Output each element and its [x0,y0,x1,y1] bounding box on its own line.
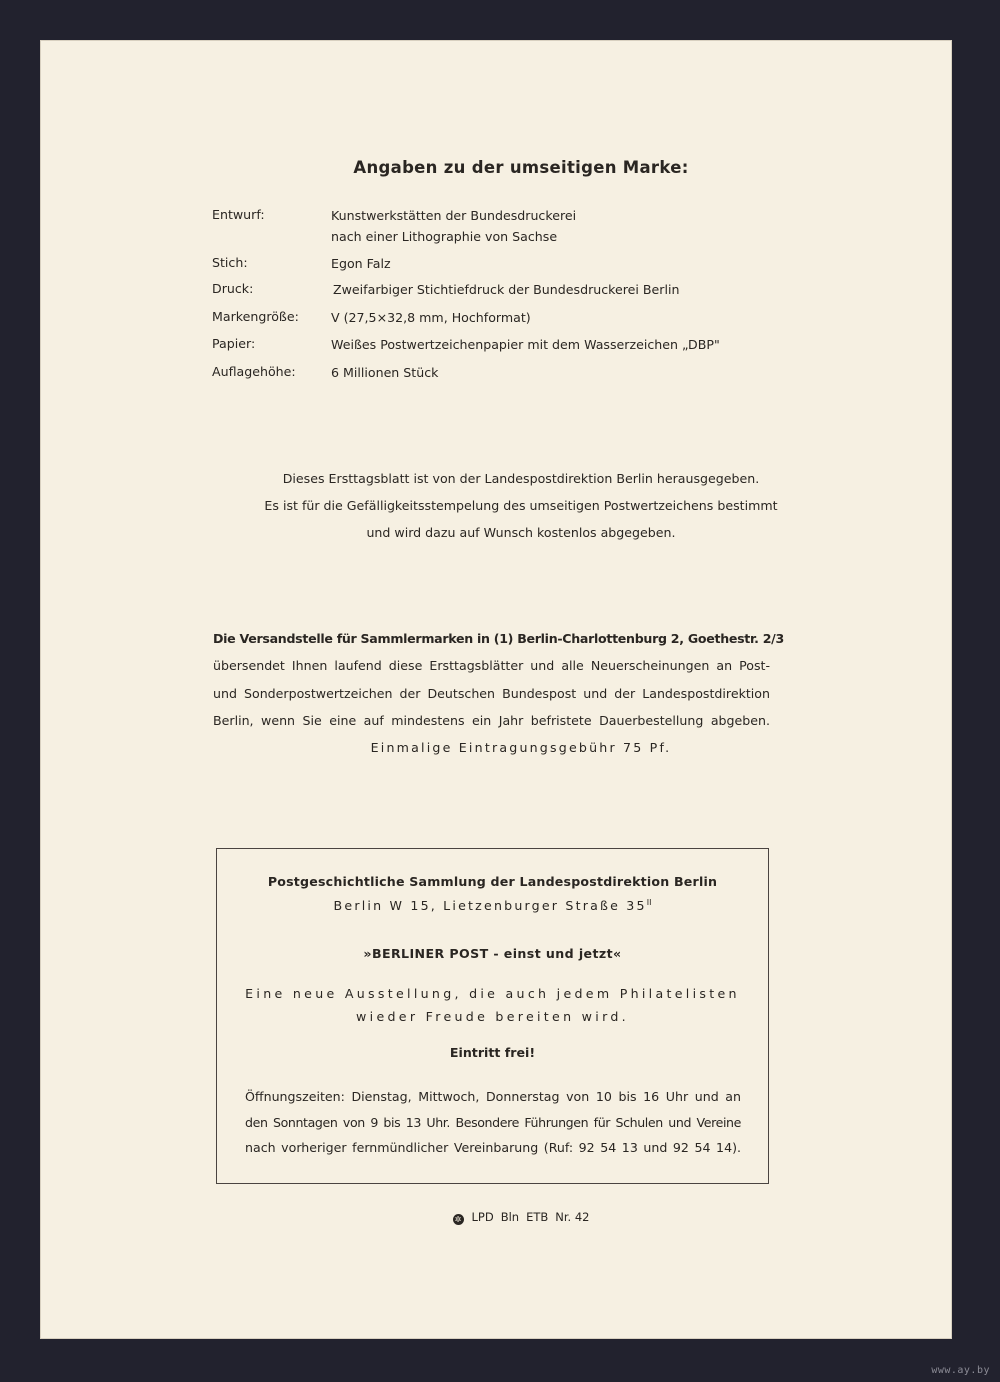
spec-value: V (27,5×32,8 mm, Hochformat) [331,307,531,328]
exhibition-box: Postgeschichtliche Sammlung der Landespo… [216,848,769,1184]
notice-line: Es ist für die Gefälligkeitsstempelung d… [41,498,951,513]
exhibition-org: Postgeschichtliche Sammlung der Landespo… [217,874,768,889]
spec-label: Stich: [212,253,330,273]
subscription-fee: Einmalige Eintragungsgebühr 75 Pf. [41,740,951,755]
notice-line: Dieses Ersttagsblatt ist von der Landesp… [41,471,951,486]
subscription-line: übersendet Ihnen laufend diese Ersttagsb… [213,658,770,673]
notice-line: und wird dazu auf Wunsch kostenlos abgeg… [41,525,951,540]
spec-label: Entwurf: [212,205,330,225]
exhibition-address-text: Berlin W 15, Lietzenburger Straße 35 [334,898,647,913]
exhibition-address: Berlin W 15, Lietzenburger Straße 35II [217,898,768,913]
spec-value: 6 Millionen Stück [331,362,438,383]
footer-word: Nr. 42 [555,1210,589,1224]
exhibition-address-floor: II [647,898,652,907]
spec-value: Egon Falz [331,253,391,274]
spec-value: Kunstwerkstätten der Bundesdruckerei nac… [331,205,576,247]
document-sheet: Angaben zu der umseitigen Marke: Entwurf… [41,41,951,1338]
exhibition-headline: »BERLINER POST - einst und jetzt« [217,946,768,961]
spec-value-line: Zweifarbiger Stichtiefdruck der Bundesdr… [333,279,679,300]
exhibition-tagline: wieder Freude bereiten wird. [217,1009,768,1024]
spec-value-line: Weißes Postwertzeichenpapier mit dem Was… [331,334,720,355]
exhibition-admission: Eintritt frei! [217,1045,768,1060]
subscription-lead: Die Versandstelle für Sammlermarken in (… [213,631,770,646]
footer-word: ETB [526,1210,548,1224]
spec-value-line: Kunstwerkstätten der Bundesdruckerei [331,205,576,226]
site-watermark: www.ay.by [931,1365,990,1376]
spec-label: Druck: [212,279,330,299]
exhibition-tagline: Eine neue Ausstellung, die auch jedem Ph… [217,986,768,1001]
footer-word: Bln [501,1210,519,1224]
eagle-emblem-icon: ✲ [453,1214,464,1225]
spec-label: Markengröße: [212,307,330,327]
footer-reference: ✲LPDBlnETBNr. 42 [41,1210,951,1225]
exhibition-hours-line: Öffnungszeiten: Dienstag, Mittwoch, Donn… [245,1089,741,1104]
footer-word: LPD [472,1210,494,1224]
spec-label: Papier: [212,334,330,354]
exhibition-hours-line: nach vorheriger fernmündlicher Vereinbar… [245,1140,741,1155]
subscription-line: und Sonderpostwertzeichen der Deutschen … [213,686,770,701]
spec-value-line: V (27,5×32,8 mm, Hochformat) [331,307,531,328]
page-title: Angaben zu der umseitigen Marke: [41,158,951,177]
spec-value-line: 6 Millionen Stück [331,362,438,383]
exhibition-hours-line: den Sonntagen von 9 bis 13 Uhr. Besonder… [245,1115,741,1130]
spec-label: Auflagehöhe: [212,362,330,382]
spec-value: Weißes Postwertzeichenpapier mit dem Was… [331,334,720,355]
spec-value-line: nach einer Lithographie von Sachse [331,226,576,247]
subscription-line: Berlin, wenn Sie eine auf mindestens ein… [213,713,770,728]
spec-value: Zweifarbiger Stichtiefdruck der Bundesdr… [333,279,679,300]
spec-value-line: Egon Falz [331,253,391,274]
